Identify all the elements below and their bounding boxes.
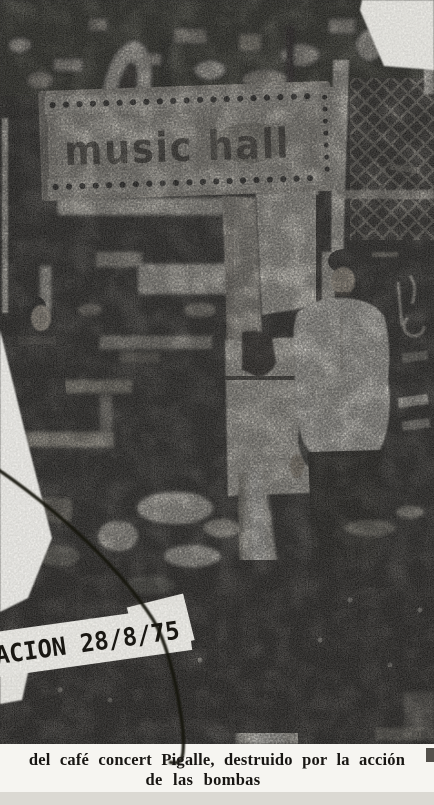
caption-line-2: de las bombas [0, 770, 420, 789]
caption: del café concert Pigalle, destruido por … [0, 750, 434, 789]
caption-line-1: del café concert Pigalle, destruido por … [0, 750, 434, 769]
newspaper-clipping: music hall [0, 0, 434, 805]
photo-area: music hall [0, 0, 434, 744]
press-photo-bombed-music-hall: music hall [0, 0, 434, 805]
scan-strip-bottom [0, 792, 434, 805]
grain-topcoat [0, 0, 434, 744]
